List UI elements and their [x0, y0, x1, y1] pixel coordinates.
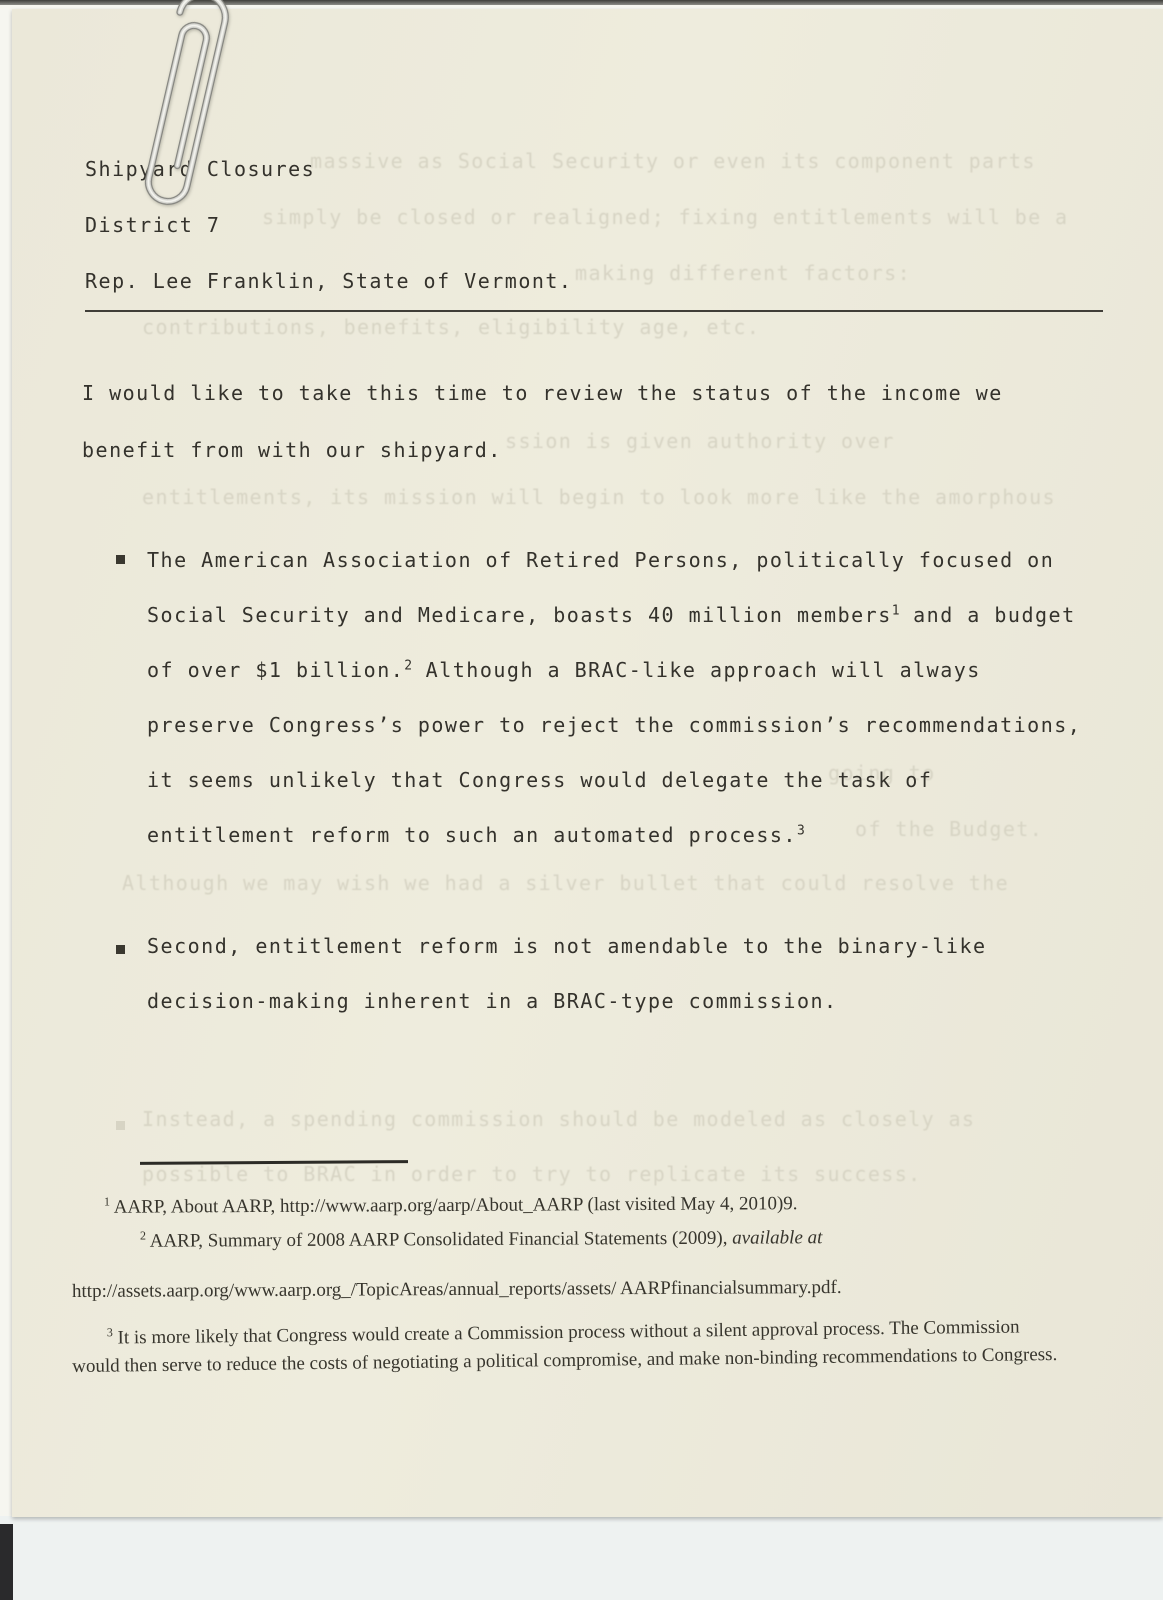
scanned-document: massive as Social Security or even its c…: [0, 0, 1163, 1600]
ghost-text-line: possible to BRAC in order to try to repl…: [142, 1162, 922, 1186]
footnote-2-url: http://assets.aarp.org/www.aarp.org_/Top…: [72, 1277, 842, 1303]
bullet-text-line: Second, entitlement reform is not amenda…: [147, 919, 987, 974]
ghost-text-line: entitlements, its mission will begin to …: [142, 485, 1056, 509]
bullet-item-second: Second, entitlement reform is not amenda…: [147, 919, 987, 1029]
author-line: Rep. Lee Franklin, State of Vermont.: [85, 253, 572, 309]
footnote-ref-3: 3: [797, 823, 805, 838]
ghost-text-line: contributions, benefits, eligibility age…: [142, 315, 760, 339]
header-separator-rule: [85, 310, 1103, 312]
bullet-text-line: entitlement reform to such an automated …: [147, 808, 1081, 863]
bullet-text-line: preserve Congress’s power to reject the …: [147, 698, 1081, 753]
bullet-text-line: of over $1 billion.2 Although a BRAC-lik…: [147, 643, 1081, 698]
intro-line: benefit from with our shipyard.: [82, 422, 1003, 479]
bullet-item-aarp: The American Association of Retired Pers…: [147, 533, 1081, 863]
footnote-3: 3 It is more likely that Congress would …: [72, 1313, 1065, 1381]
intro-paragraph: I would like to take this time to review…: [82, 365, 1003, 479]
under-sheet-edge: [0, 1516, 1163, 1600]
bullet-text-segment: Social Security and Medicare, boasts 40 …: [147, 603, 892, 627]
footnote-text: AARP, About AARP, http://www.aarp.org/aa…: [110, 1193, 798, 1218]
footnote-italic-text: available at: [732, 1227, 822, 1248]
intro-line: I would like to take this time to review…: [82, 365, 1003, 422]
bullet-text-segment: and a budget: [900, 603, 1076, 627]
footnote-text: AARP, Summary of 2008 AARP Consolidated …: [146, 1228, 732, 1252]
bullet-text-segment: of over $1 billion.: [147, 658, 404, 682]
bullet-text-line: Social Security and Medicare, boasts 40 …: [147, 588, 1081, 643]
bullet-text-line: it seems unlikely that Congress would de…: [147, 753, 1081, 808]
scan-corner-shadow: [0, 1524, 13, 1600]
bullet-marker: [116, 945, 125, 954]
ghost-text-line: making different factors:: [575, 261, 911, 285]
bullet-text-line: decision-making inherent in a BRAC-type …: [147, 974, 987, 1029]
footnote-ref-2: 2: [404, 658, 412, 673]
bullet-text-segment: Although a BRAC-like approach will alway…: [412, 658, 981, 682]
ghost-text-line: Although we may wish we had a silver bul…: [122, 871, 1009, 895]
ghost-bullet-marker: [116, 1121, 125, 1130]
footnote-1: 1 AARP, About AARP, http://www.aarp.org/…: [104, 1193, 798, 1219]
bullet-text-segment: entitlement reform to such an automated …: [147, 823, 797, 847]
footnote-2: 2 AARP, Summary of 2008 AARP Consolidate…: [140, 1227, 823, 1253]
bullet-text-line: The American Association of Retired Pers…: [147, 533, 1081, 588]
bullet-marker: [116, 555, 125, 564]
footnote-text: It is more likely that Congress would cr…: [72, 1316, 1057, 1377]
ghost-text-line: Instead, a spending commission should be…: [142, 1107, 975, 1131]
footnote-ref-1: 1: [892, 603, 900, 618]
